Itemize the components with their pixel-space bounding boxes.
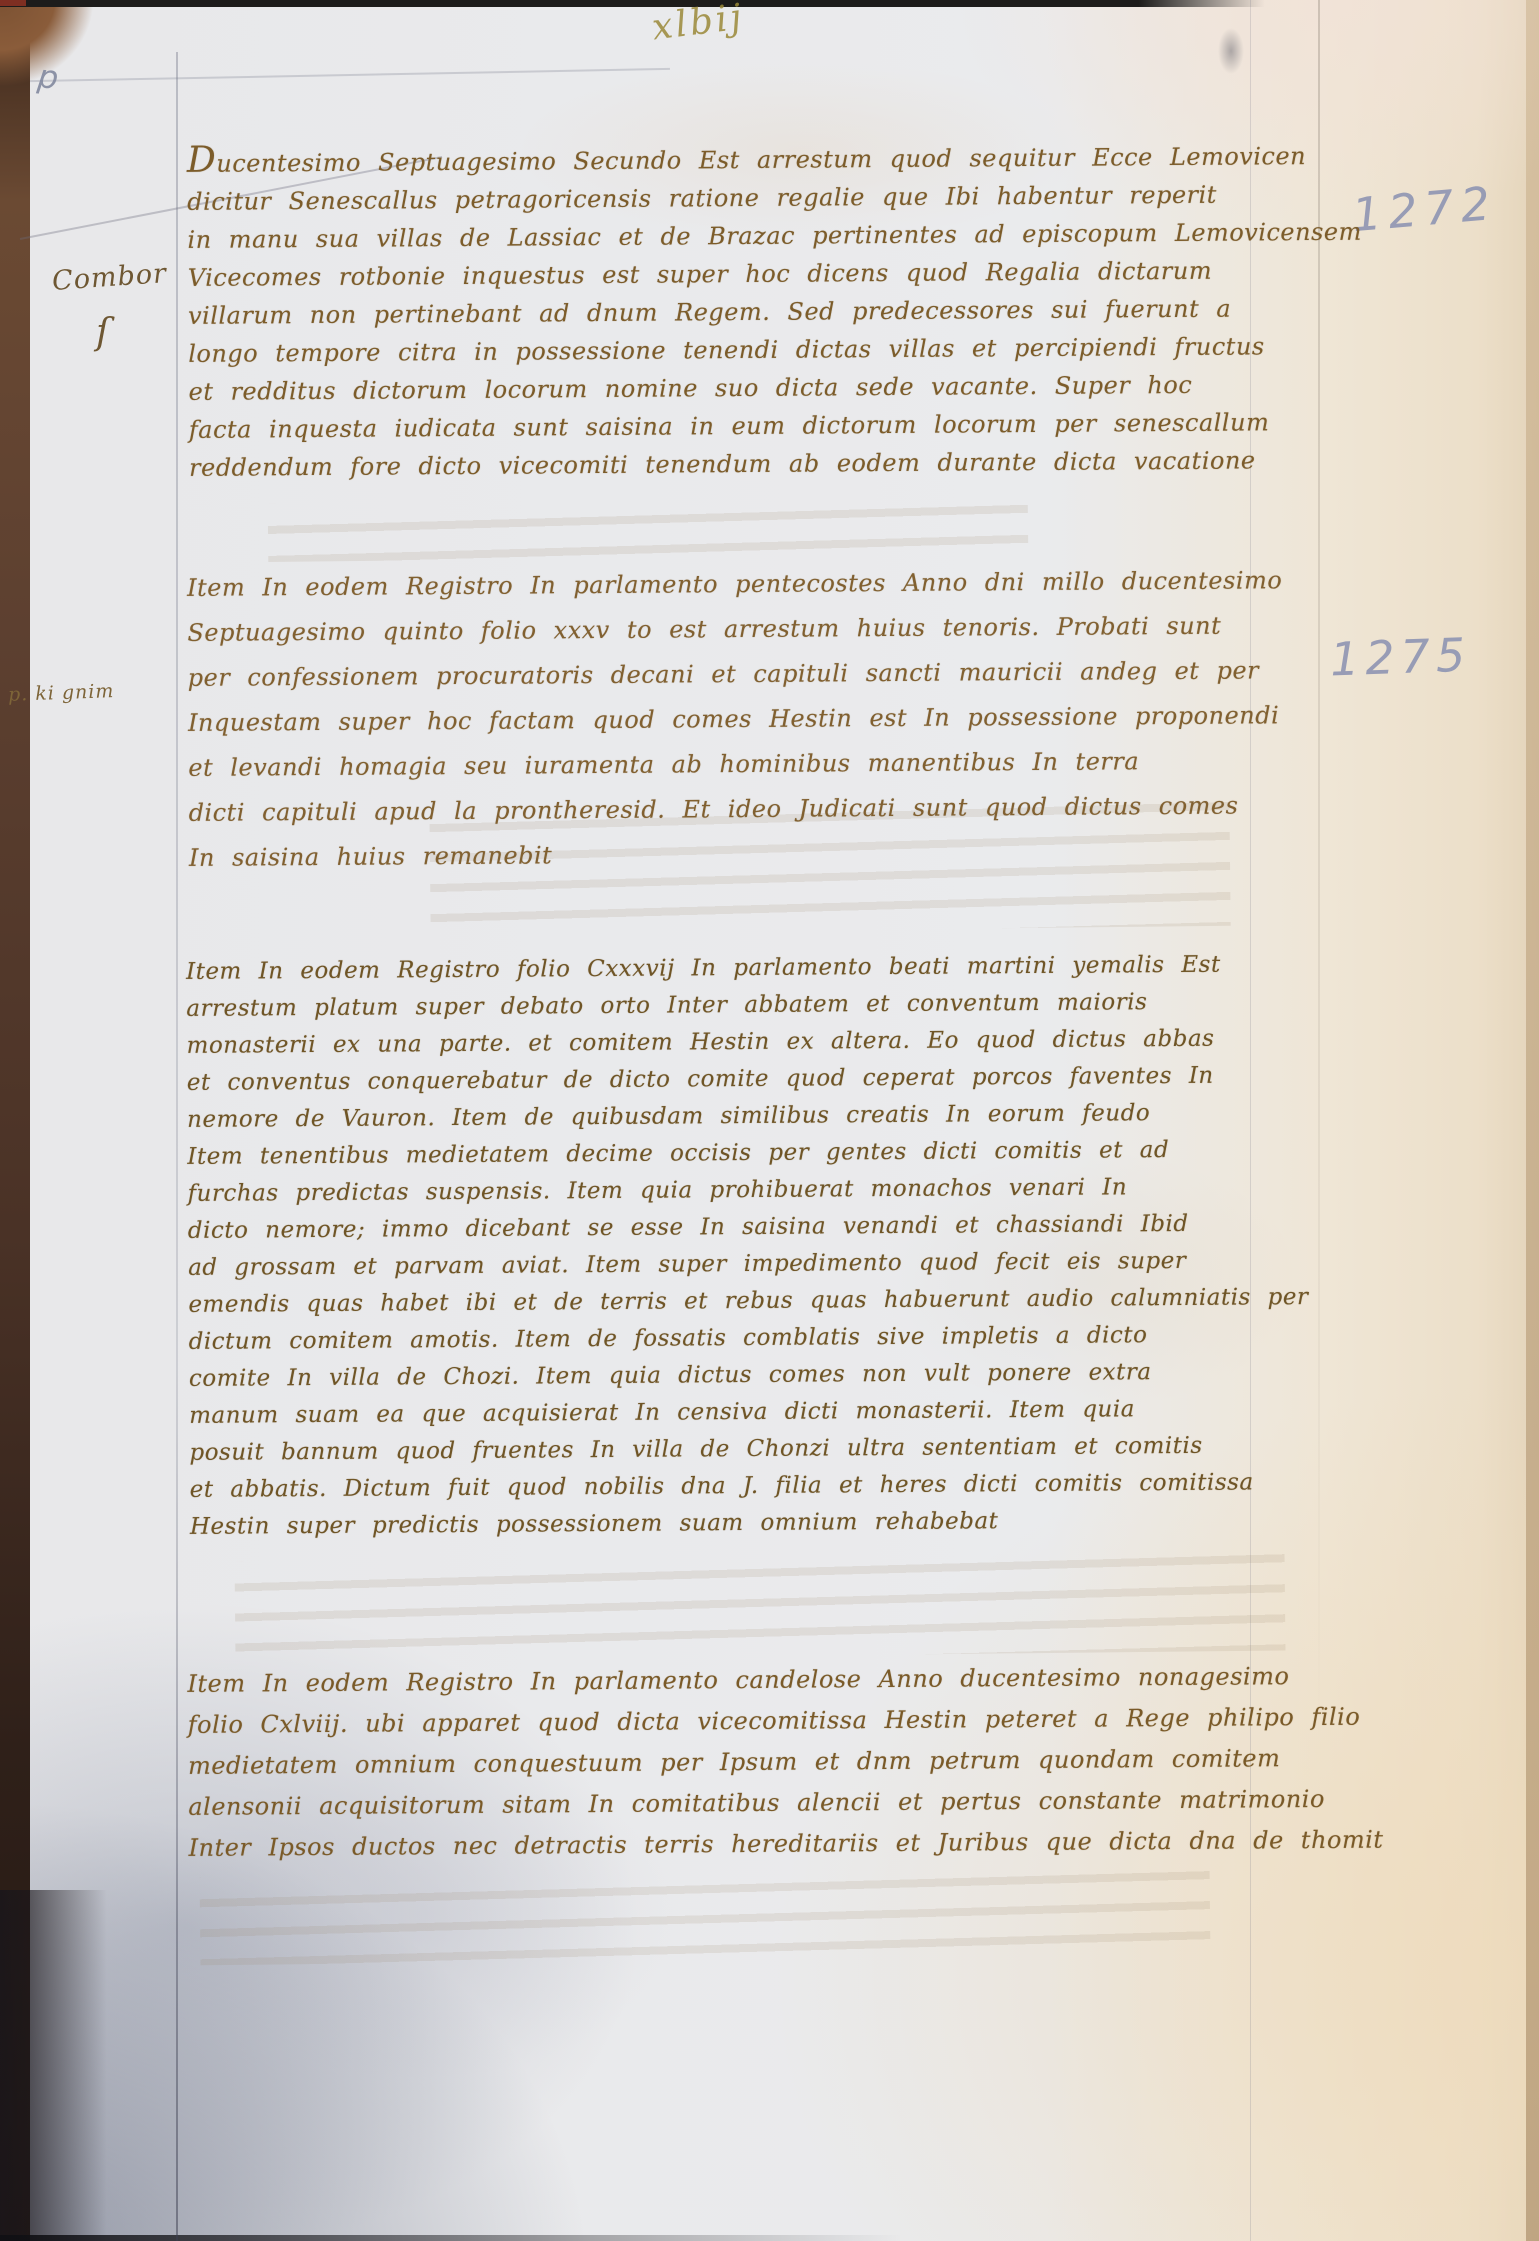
left-ruling-line [176, 52, 178, 2241]
manuscript-line: per confessionem procuratoris decani et … [188, 648, 1303, 701]
manuscript-paragraph-3: Item In eodem Registro folio Cxxxvij In … [186, 946, 1305, 1546]
manuscript-photo: xlbij p 1272 1275 Combor ſ p. ki gnim Du… [0, 0, 1539, 2241]
photo-top-edge [0, 0, 1265, 7]
bottom-left-shadow-edge [0, 1890, 130, 2241]
ink-smudge [1218, 28, 1244, 74]
manuscript-line: dicti capituli apud la prontheresid. Et … [188, 783, 1303, 836]
manuscript-paragraph-4: Item In eodem Registro In parlamento can… [187, 1656, 1303, 1869]
manuscript-line: et levandi homagia seu iuramenta ab homi… [188, 738, 1303, 791]
manuscript-line: In saisina huius remanebit [189, 828, 1304, 881]
bleedthrough-text [200, 1867, 1211, 1966]
pencil-year-1275: 1275 [1329, 628, 1472, 687]
manuscript-line: Item In eodem Registro In parlamento pen… [187, 558, 1302, 611]
margin-note-flourish: ſ [96, 312, 109, 353]
manuscript-line: Inquestam super hoc factam quod comes He… [188, 693, 1303, 746]
margin-note-second: p. ki gnim [8, 680, 115, 706]
manuscript-line: Inter Ipsos ductos nec detractis terris … [188, 1820, 1303, 1869]
manuscript-paragraph-2: Item In eodem Registro In parlamento pen… [187, 558, 1304, 881]
manuscript-line: reddendum fore dicto vicecomiti tenendum… [189, 441, 1304, 487]
page-right-edge [1526, 0, 1539, 2241]
manuscript-line: comite In villa de Chozi. Item quia dict… [189, 1353, 1304, 1398]
manuscript-line: et abbatis. Dictum fuit quod nobilis dna… [190, 1464, 1305, 1509]
photo-bottom-edge [0, 2235, 960, 2241]
vertical-crease [1318, 0, 1320, 1750]
manuscript-line: Hestin super predictis possessionem suam… [190, 1501, 1305, 1546]
photo-top-edge-speck [0, 0, 26, 6]
bleedthrough-text [235, 1551, 1286, 1662]
bleedthrough-text [268, 496, 1029, 562]
manuscript-line: Item tenentibus medietatem decime occisi… [187, 1131, 1302, 1176]
manuscript-line: Septuagesimo quinto folio xxxv to est ar… [187, 603, 1302, 656]
manuscript-paragraph-1: Ducentesimo Septuagesimo Secundo Est arr… [187, 134, 1304, 487]
